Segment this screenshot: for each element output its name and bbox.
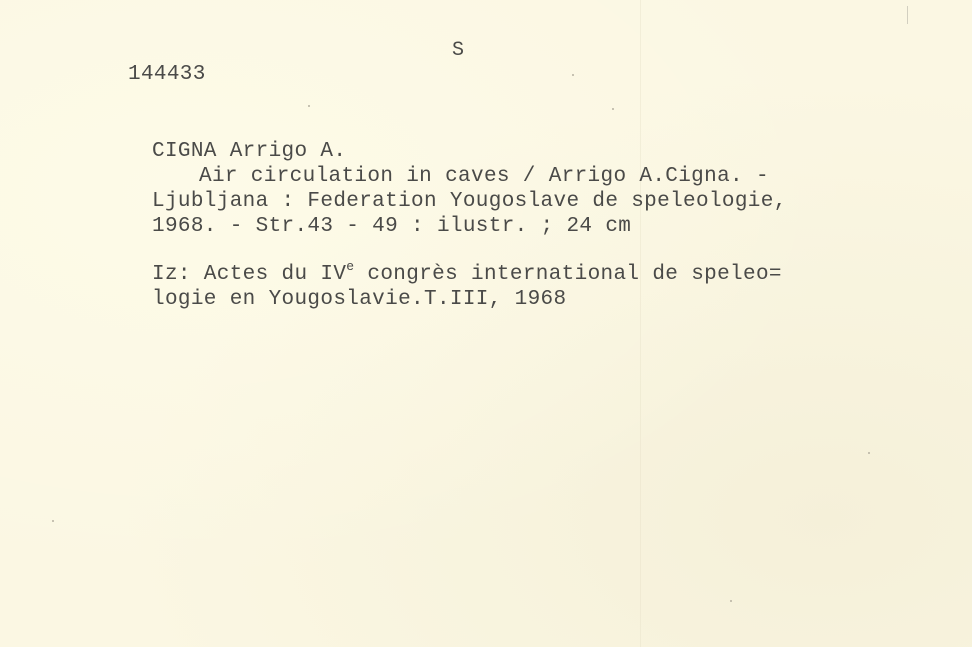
paper-speck xyxy=(572,74,574,76)
catalog-card: S 144433 CIGNA Arrigo A. Air circulation… xyxy=(0,0,972,647)
call-number: 144433 xyxy=(128,62,206,87)
publication-line: Ljubljana : Federation Yougoslave de spe… xyxy=(152,189,787,214)
section-letter: S xyxy=(452,38,464,63)
source-prefix: Iz: Actes du IV xyxy=(152,263,346,286)
source-superscript: e xyxy=(346,259,354,274)
edge-mark xyxy=(907,6,908,24)
paper-speck xyxy=(612,108,614,110)
card-crease xyxy=(640,0,641,647)
paper-speck xyxy=(868,452,870,454)
paper-speck xyxy=(730,600,732,602)
paper-speck xyxy=(52,520,54,522)
source-line-1: Iz: Actes du IVe congrès international d… xyxy=(152,262,782,288)
title-line: Air circulation in caves / Arrigo A.Cign… xyxy=(199,164,769,189)
author-heading: CIGNA Arrigo A. xyxy=(152,139,346,164)
paper-speck xyxy=(308,105,310,107)
source-suffix: congrès international de speleo= xyxy=(354,263,781,286)
source-line-2: logie en Yougoslavie.T.III, 1968 xyxy=(152,287,566,312)
extent-line: 1968. - Str.43 - 49 : ilustr. ; 24 cm xyxy=(152,214,631,239)
